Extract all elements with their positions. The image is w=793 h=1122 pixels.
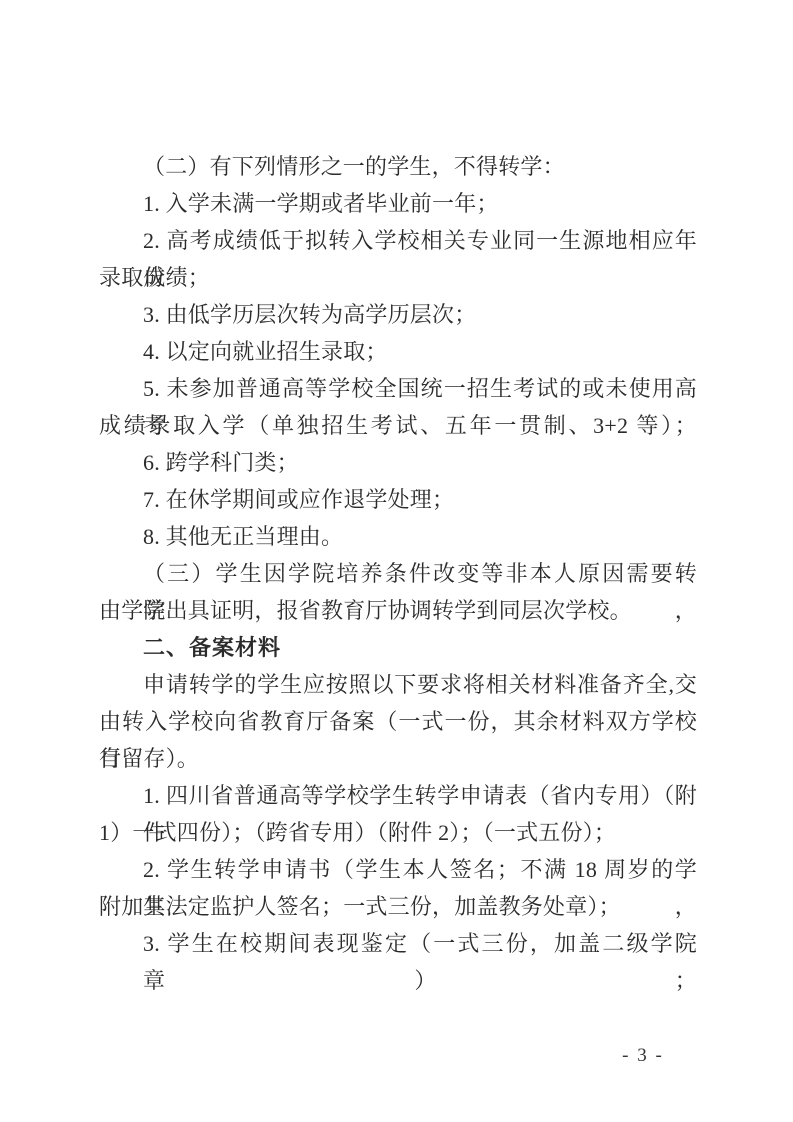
text-line: 行留存）。 — [99, 740, 697, 777]
text-line: 2. 高考成绩低于拟转入学校相关专业同一生源地相应年份 — [99, 222, 697, 259]
text-line: 成绩录取入学（单独招生考试、五年一贯制、3+2 等）； — [99, 407, 697, 444]
text-line: （二）有下列情形之一的学生，不得转学： — [99, 148, 697, 185]
text-line: 3. 学生在校期间表现鉴定（一式三份，加盖二级学院章）； — [99, 925, 697, 962]
document-page: （二）有下列情形之一的学生，不得转学：1. 入学未满一学期或者毕业前一年；2. … — [0, 0, 793, 1122]
text-line: 1. 入学未满一学期或者毕业前一年； — [99, 185, 697, 222]
document-body: （二）有下列情形之一的学生，不得转学：1. 入学未满一学期或者毕业前一年；2. … — [99, 148, 697, 962]
text-line: 2. 学生转学申请书（学生本人签名；不满 18 周岁的学生， — [99, 851, 697, 888]
text-line: 由学院出具证明，报省教育厅协调转学到同层次学校。 — [99, 592, 697, 629]
text-line: 1）一式四份）；（跨省专用）（附件 2）；（一式五份）； — [99, 814, 697, 851]
text-line: 8. 其他无正当理由。 — [99, 518, 697, 555]
text-line: 附加其法定监护人签名；一式三份，加盖教务处章）； — [99, 888, 697, 925]
text-line: 5. 未参加普通高等学校全国统一招生考试的或未使用高考 — [99, 370, 697, 407]
text-line: 3. 由低学历层次转为高学历层次； — [99, 296, 697, 333]
text-line: 4. 以定向就业招生录取； — [99, 333, 697, 370]
text-line: （三）学生因学院培养条件改变等非本人原因需要转学， — [99, 555, 697, 592]
text-line: 申请转学的学生应按照以下要求将相关材料准备齐全,交 — [99, 666, 697, 703]
page-number: - 3 - — [598, 1045, 688, 1067]
text-line: 由转入学校向省教育厅备案（一式一份，其余材料双方学校自 — [99, 703, 697, 740]
text-line: 7. 在休学期间或应作退学处理； — [99, 481, 697, 518]
section-heading: 二、备案材料 — [99, 629, 697, 666]
text-line: 6. 跨学科门类； — [99, 444, 697, 481]
text-line: 1. 四川省普通高等学校学生转学申请表（省内专用）（附件 — [99, 777, 697, 814]
text-line: 录取成绩； — [99, 259, 697, 296]
